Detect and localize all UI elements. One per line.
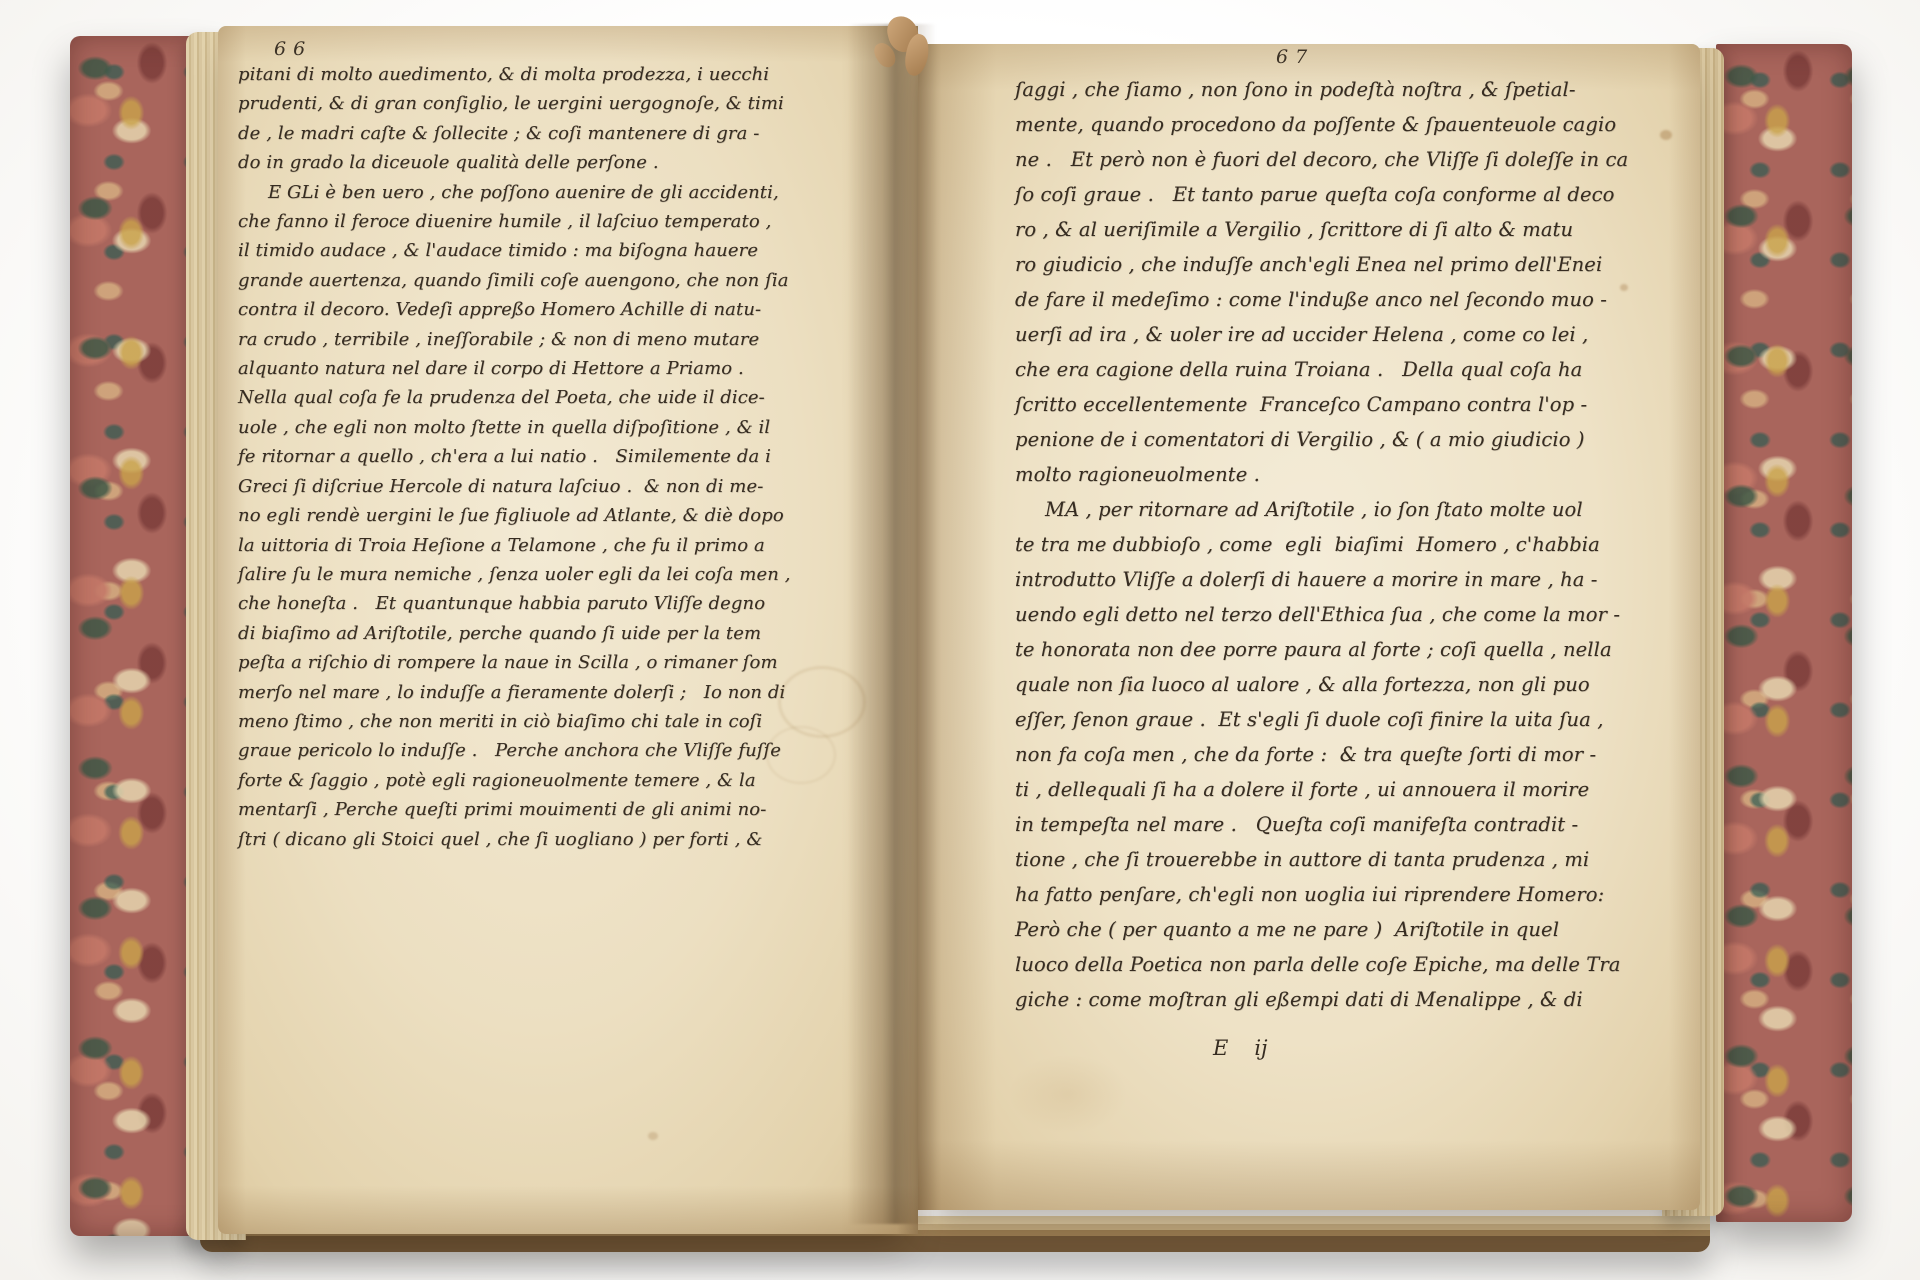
text-line: ſalire ſu le mura nemiche , ſenza uoler …	[238, 560, 758, 589]
text-line: ro , & al ueriſimile a Vergilio , ſcritt…	[1015, 212, 1577, 247]
text-line: che fanno il feroce diuenire humile , il…	[238, 207, 758, 236]
text-line: Però che ( per quanto a me ne pare ) Ari…	[1015, 912, 1577, 947]
text-line: alquanto natura nel dare il corpo di Het…	[238, 354, 758, 383]
text-line: ti , dellequali ſi ha a dolere il forte …	[1015, 772, 1577, 807]
text-line: ne . Et però non è fuori del decoro, che…	[1015, 142, 1577, 177]
text-line: penione de i comentatori di Vergilio , &…	[1015, 422, 1577, 457]
text-line: graue pericolo lo induſſe . Perche ancho…	[238, 736, 758, 765]
text-line: quale non ſia luoco al ualore , & alla f…	[1015, 667, 1577, 702]
foxing-stain	[1008, 1054, 1128, 1134]
text-line: non fa coſa men , che da forte : & tra q…	[1015, 737, 1577, 772]
text-line: merſo nel mare , lo induſſe a fieramente…	[238, 678, 758, 707]
foxing-spot	[1660, 130, 1672, 140]
text-line: introdutto Vliſſe a dolerſi di hauere a …	[1015, 562, 1577, 597]
text-line: grande auertenza, quando ſimili coſe aue…	[238, 266, 758, 295]
text-line: te tra me dubbioſo , come egli biaſimi H…	[1015, 527, 1577, 562]
text-line: mentarſi , Perche queſti primi mouimenti…	[238, 795, 758, 824]
text-line: no egli rendè uergini le ſue figliuole a…	[238, 501, 758, 530]
foxing-spot	[1620, 284, 1628, 291]
text-line: ſcritto eccellentemente Franceſco Campan…	[1015, 387, 1577, 422]
foxing-ring-stain	[778, 666, 866, 738]
text-line: ſaggi , che ſiamo , non ſono in podeſtà …	[1015, 72, 1577, 107]
text-line: prudenti, & di gran conſiglio, le uergin…	[238, 89, 758, 118]
page-left: 66 pitani di molto auedimento, & di molt…	[218, 26, 918, 1234]
right-page-text: ſaggi , che ſiamo , non ſono in podeſtà …	[1015, 72, 1577, 1017]
text-line: uendo egli detto nel terzo dell'Ethica ſ…	[1015, 597, 1577, 632]
page-number-left: 66	[274, 38, 312, 60]
open-book: 66 pitani di molto auedimento, & di molt…	[70, 18, 1860, 1258]
page-number-right: 67	[1276, 46, 1314, 68]
text-line: ro giudicio , che induſſe anch'egli Enea…	[1015, 247, 1577, 282]
text-line: de , le madri caſte & ſollecite ; & coſi…	[238, 119, 758, 148]
text-line: eſſer, ſenon graue . Et s'egli ſi duole …	[1015, 702, 1577, 737]
text-line: uerſi ad ira , & uoler ire ad uccider He…	[1015, 317, 1577, 352]
text-line: ha fatto penſare, ch'egli non uoglia iui…	[1015, 877, 1577, 912]
text-line: contra il decoro. Vedeſi appreßo Homero …	[238, 295, 758, 324]
text-line: te honorata non dee porre paura al forte…	[1015, 632, 1577, 667]
text-line: pitani di molto auedimento, & di molta p…	[238, 60, 758, 89]
foxing-spot	[648, 1132, 658, 1140]
text-line: ſtri ( dicano gli Stoici quel , che ſi u…	[238, 825, 758, 854]
text-line: mente, quando procedono da poſſente & ſp…	[1015, 107, 1577, 142]
text-line: de fare il medeſimo : come l'induße anco…	[1015, 282, 1577, 317]
text-line: che era cagione della ruina Troiana . De…	[1015, 352, 1577, 387]
text-line: che honeſta . Et quantunque habbia parut…	[238, 589, 758, 618]
text-line: molto ragioneuolmente .	[1015, 457, 1577, 492]
text-line: E GLi è ben uero , che poſſono auenire d…	[238, 178, 758, 207]
text-line: peſta a riſchio di rompere la naue in Sc…	[238, 648, 758, 677]
text-line: Greci ſi diſcriue Hercole di natura laſc…	[238, 472, 758, 501]
text-line: di biaſimo ad Ariſtotile, perche quando …	[238, 619, 758, 648]
text-line: luoco della Poetica non parla delle coſe…	[1015, 947, 1577, 982]
text-line: tione , che ſi trouerebbe in auttore di …	[1015, 842, 1577, 877]
signature-letter: E	[1213, 1036, 1228, 1060]
text-line: giche : come moſtran gli eßempi dati di …	[1015, 982, 1577, 1017]
text-line: in tempeſta nel mare . Queſta coſi manif…	[1015, 807, 1577, 842]
text-line: ſo coſi graue . Et tanto parue queſta co…	[1015, 177, 1577, 212]
text-line: meno ſtimo , che non meriti in ciò biaſi…	[238, 707, 758, 736]
text-line: la uittoria di Troia Heſione a Telamone …	[238, 531, 758, 560]
left-page-text: pitani di molto auedimento, & di molta p…	[238, 60, 758, 854]
text-line: forte & ſaggio , potè egli ragioneuolmen…	[238, 766, 758, 795]
text-line: ra crudo , terribile , ineſſorabile ; & …	[238, 325, 758, 354]
signature-mark: Eij	[1213, 1036, 1268, 1060]
text-line: Nella qual coſa fe la prudenza del Poeta…	[238, 383, 758, 412]
page-right: 67 ſaggi , che ſiamo , non ſono in podeſ…	[918, 44, 1700, 1210]
text-line: uole , che egli non molto ſtette in quel…	[238, 413, 758, 442]
marbled-cover-right	[1716, 44, 1852, 1222]
text-line: fe ritornar a quello , ch'era a lui nati…	[238, 442, 758, 471]
signature-numeral: ij	[1254, 1036, 1267, 1060]
photo-background: 66 pitani di molto auedimento, & di molt…	[0, 0, 1920, 1280]
text-line: il timido audace , & l'audace timido : m…	[238, 236, 758, 265]
headband-fray	[868, 14, 958, 98]
text-line: do in grado la diceuole qualità delle pe…	[238, 148, 758, 177]
text-line: MA , per ritornare ad Ariſtotile , io ſo…	[1015, 492, 1577, 527]
